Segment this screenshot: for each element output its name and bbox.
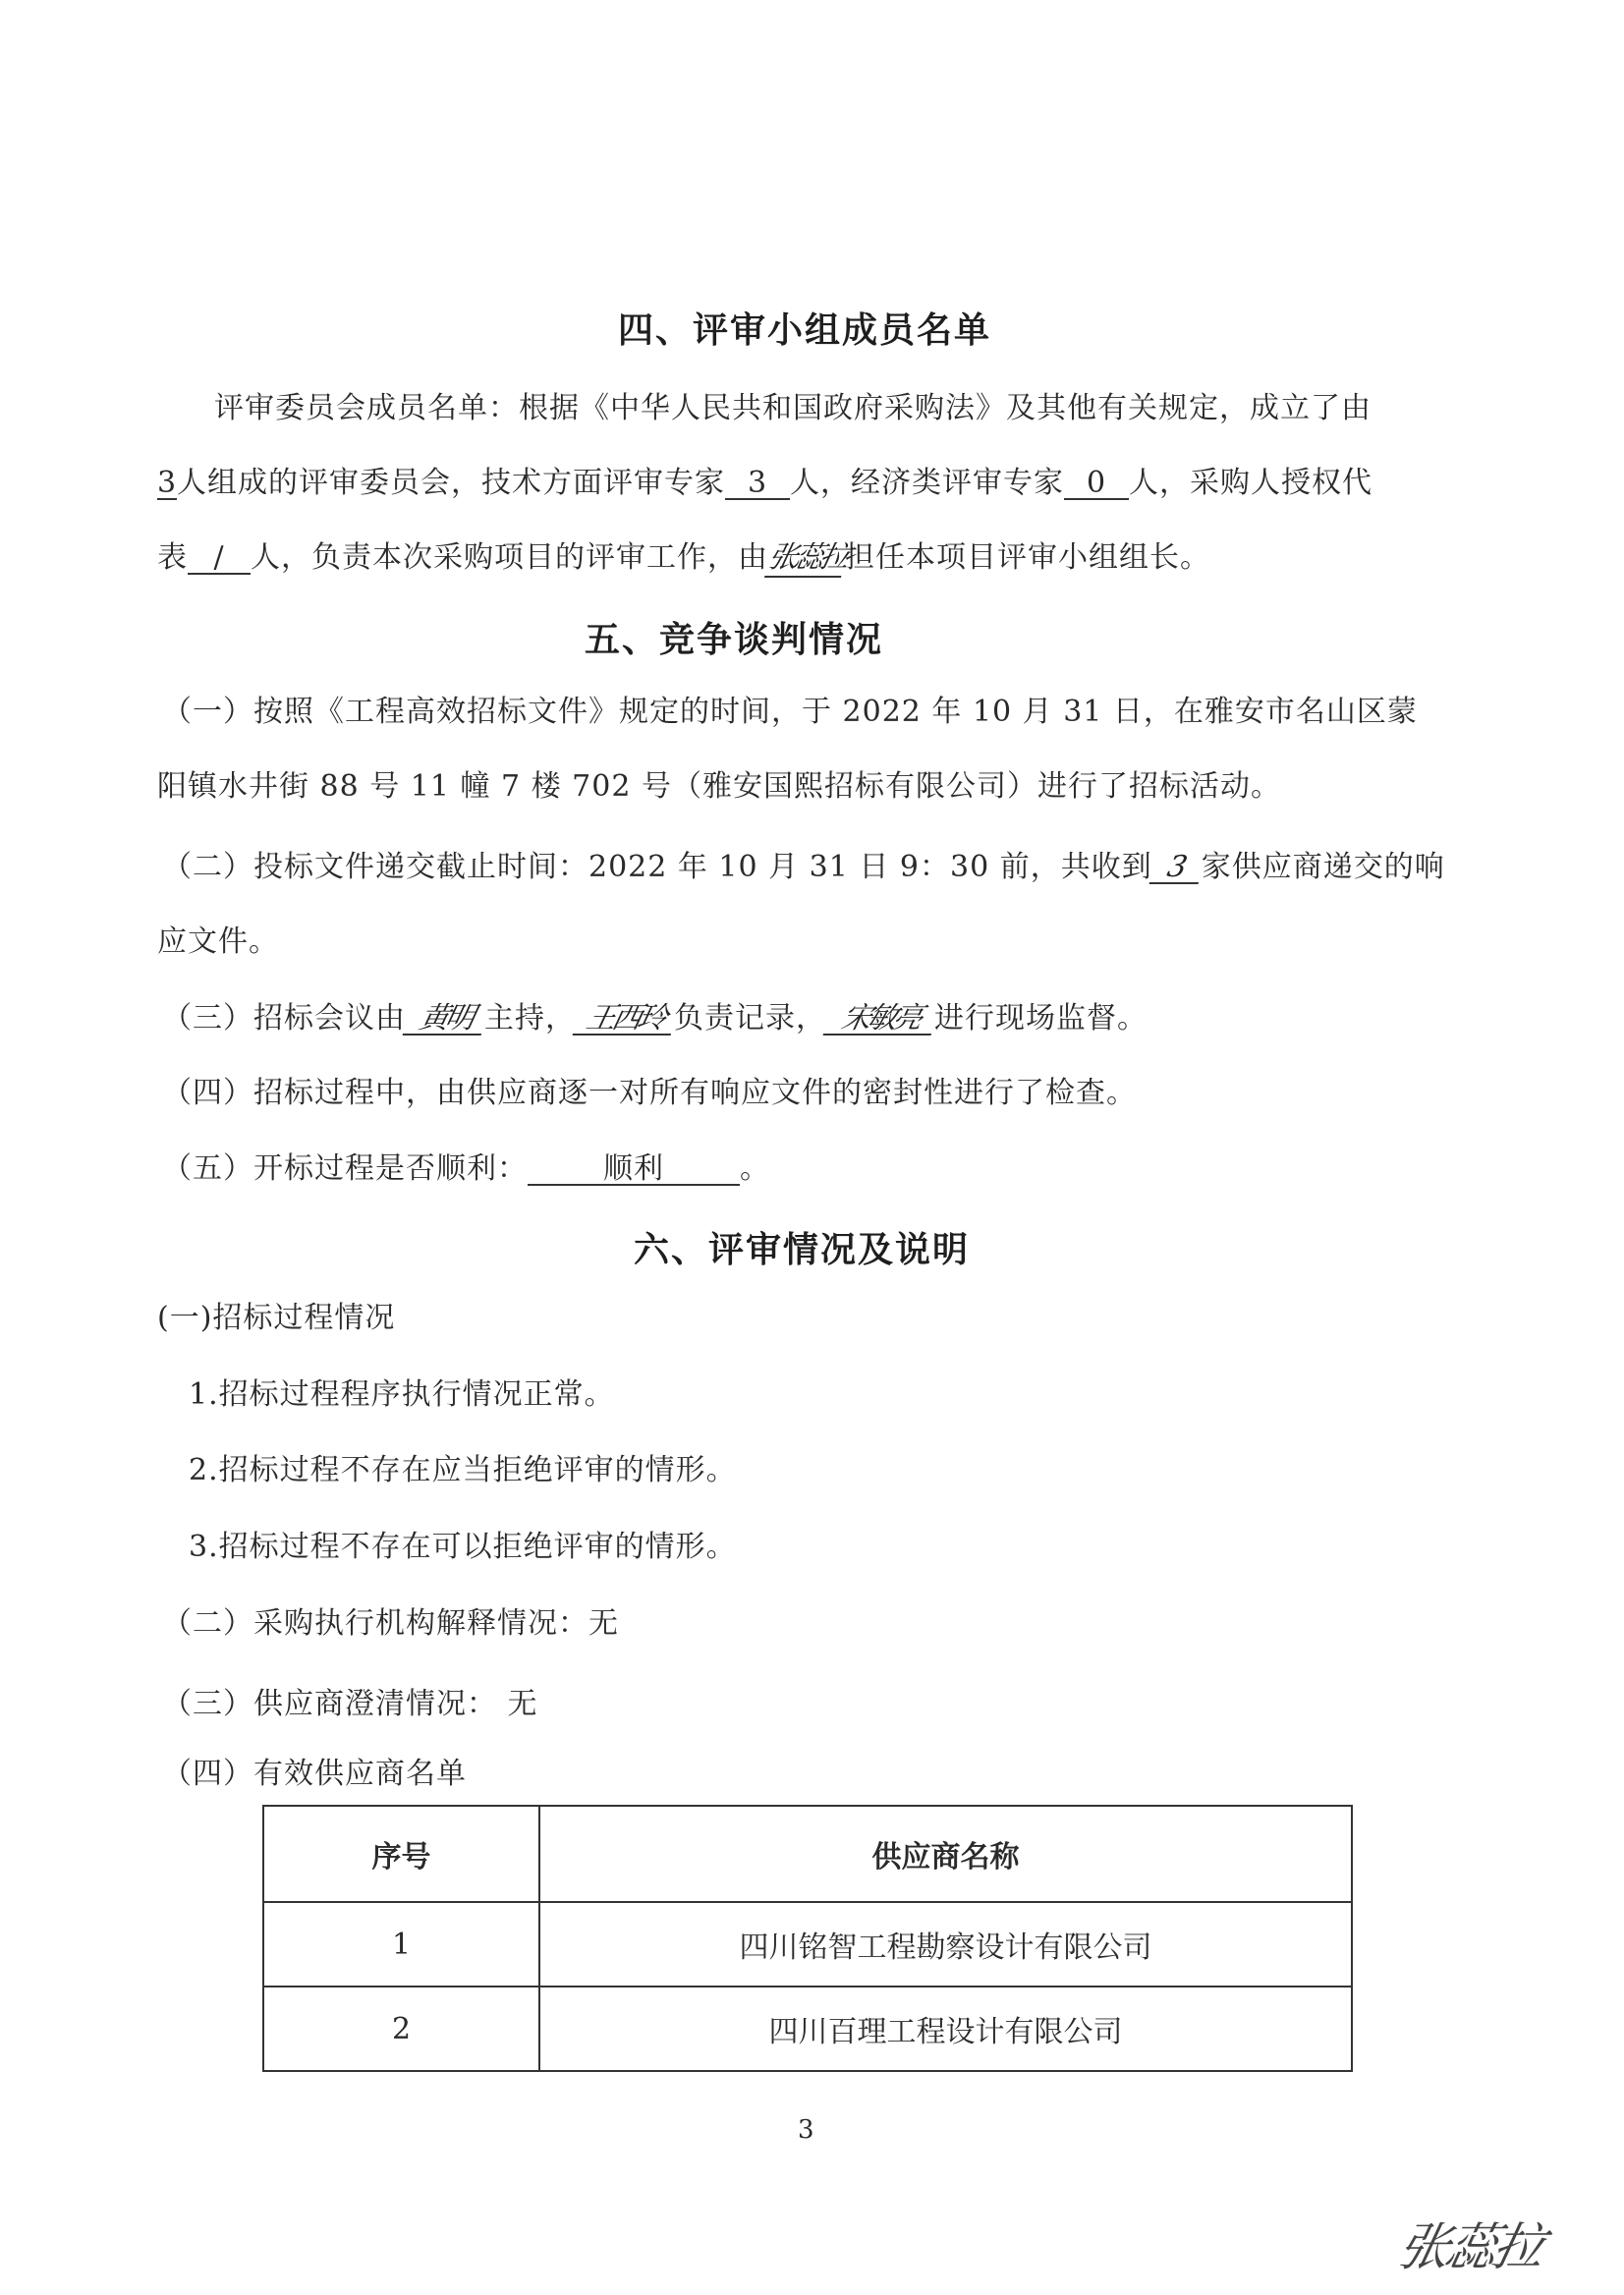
section6-sub2: （二）采购执行机构解释情况：无 xyxy=(162,1606,619,1642)
text: 主持， xyxy=(484,1001,576,1036)
text: 担任本项目评审小组组长。 xyxy=(845,540,1210,575)
section6-sub4: （四）有效供应商名单 xyxy=(162,1757,467,1792)
text: 人组成的评审委员会，技术方面评审专家 xyxy=(177,466,725,500)
cell-index: 2 xyxy=(263,1987,539,2071)
supervisor-signature: 宋敏亮 xyxy=(823,1004,938,1036)
section6-sub3: （三）供应商澄清情况： 无 xyxy=(162,1687,538,1722)
cell-index: 1 xyxy=(263,1902,539,1987)
suppliers-received-field: 3 xyxy=(1148,853,1204,884)
section5-item2-line2: 应文件。 xyxy=(157,924,279,960)
text: 负责记录， xyxy=(674,1001,826,1036)
text: 表 xyxy=(157,540,188,575)
header-supplier-name: 供应商名称 xyxy=(539,1806,1352,1902)
table-row: 1 四川铭智工程勘察设计有限公司 xyxy=(263,1902,1352,1987)
section5-item1-line2: 阳镇水井街 88 号 11 幢 7 楼 702 号（雅安国熙招标有限公司）进行了… xyxy=(157,769,1281,805)
recorder-signature: 王西玲 xyxy=(573,1004,678,1036)
section5-item5: （五）开标过程是否顺利：顺利。 xyxy=(162,1151,770,1187)
cell-supplier-name: 四川百理工程设计有限公司 xyxy=(539,1987,1352,2071)
leader-signature: 张蕊拉 xyxy=(764,540,849,578)
section4-title: 四、评审小组成员名单 xyxy=(618,303,991,353)
host-signature: 黄明 xyxy=(403,1004,488,1036)
text: （三）招标会议由 xyxy=(162,1001,406,1036)
section5-item4: （四）招标过程中，由供应商逐一对所有响应文件的密封性进行了检查。 xyxy=(162,1076,1137,1111)
section4-paragraph-line1: 评审委员会成员名单：根据《中华人民共和国政府采购法》及其他有关规定，成立了由 xyxy=(214,391,1372,426)
text: 评审委员会成员名单：根据《中华人民共和国政府采购法》及其他有关规定，成立了由 xyxy=(214,391,1372,425)
table-header-row: 序号 供应商名称 xyxy=(263,1806,1352,1902)
section5-item1-line1: （一）按照《工程高效招标文件》规定的时间，于 2022 年 10 月 31 日，… xyxy=(162,695,1418,730)
section4-paragraph-line2: 3人组成的评审委员会，技术方面评审专家3人，经济类评审专家0人，采购人授权代 xyxy=(157,466,1372,501)
text: 人，经济类评审专家 xyxy=(790,466,1064,500)
text: 人，采购人授权代 xyxy=(1129,466,1372,500)
econ-experts-field: 0 xyxy=(1064,469,1129,500)
section5-item2-line1: （二）投标文件递交截止时间：2022 年 10 月 31 日 9：30 前，共收… xyxy=(162,850,1445,885)
table-row: 2 四川百理工程设计有限公司 xyxy=(263,1987,1352,2071)
section6-point-2: 2.招标过程不存在应当拒绝评审的情形。 xyxy=(189,1453,737,1488)
section6-point-1: 1.招标过程程序执行情况正常。 xyxy=(189,1377,615,1413)
section5-title: 五、竞争谈判情况 xyxy=(585,612,883,662)
tech-experts-field: 3 xyxy=(725,469,790,500)
section6-title: 六、评审情况及说明 xyxy=(634,1222,970,1272)
supplier-table: 序号 供应商名称 1 四川铭智工程勘察设计有限公司 2 四川百理工程设计有限公司 xyxy=(262,1805,1353,2072)
section4-paragraph-line3: 表/人，负责本次采购项目的评审工作，由张蕊拉担任本项目评审小组组长。 xyxy=(157,540,1210,578)
purchaser-reps-field: / xyxy=(188,543,251,575)
text: 进行现场监督。 xyxy=(934,1001,1148,1036)
total-members-field: 3 xyxy=(157,469,177,500)
text: 。 xyxy=(740,1151,770,1186)
smooth-value-field: 顺利 xyxy=(528,1154,740,1186)
section6-point-3: 3.招标过程不存在可以拒绝评审的情形。 xyxy=(189,1530,737,1565)
footer-signature: 张蕊拉 xyxy=(1392,2206,1549,2279)
page-number: 3 xyxy=(798,2112,815,2148)
text: （二）投标文件递交截止时间：2022 年 10 月 31 日 9：30 前，共收… xyxy=(162,850,1152,884)
text: 家供应商递交的响 xyxy=(1202,850,1445,884)
section5-item3: （三）招标会议由黄明主持，王西玲负责记录，宋敏亮进行现场监督。 xyxy=(162,1001,1148,1036)
header-index: 序号 xyxy=(263,1806,539,1902)
cell-supplier-name: 四川铭智工程勘察设计有限公司 xyxy=(539,1902,1352,1987)
text: 人，负责本次采购项目的评审工作，由 xyxy=(251,540,768,575)
text: （五）开标过程是否顺利： xyxy=(162,1151,528,1186)
section6-sub1: (一)招标过程情况 xyxy=(157,1301,395,1336)
